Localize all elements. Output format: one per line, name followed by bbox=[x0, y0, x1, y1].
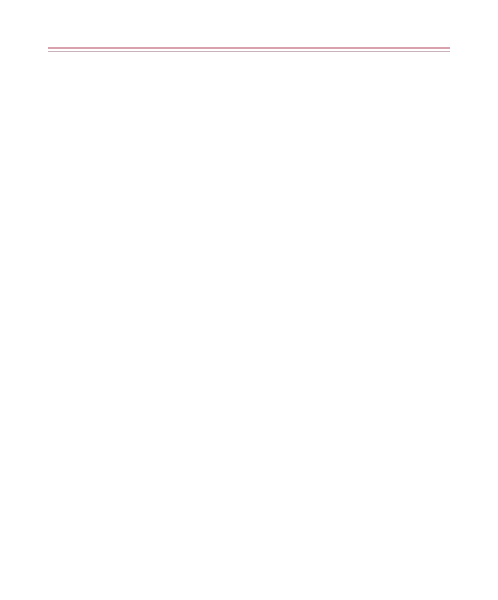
document-page bbox=[0, 0, 498, 600]
masthead-rule-thin bbox=[48, 51, 450, 52]
masthead-rule bbox=[48, 47, 450, 49]
